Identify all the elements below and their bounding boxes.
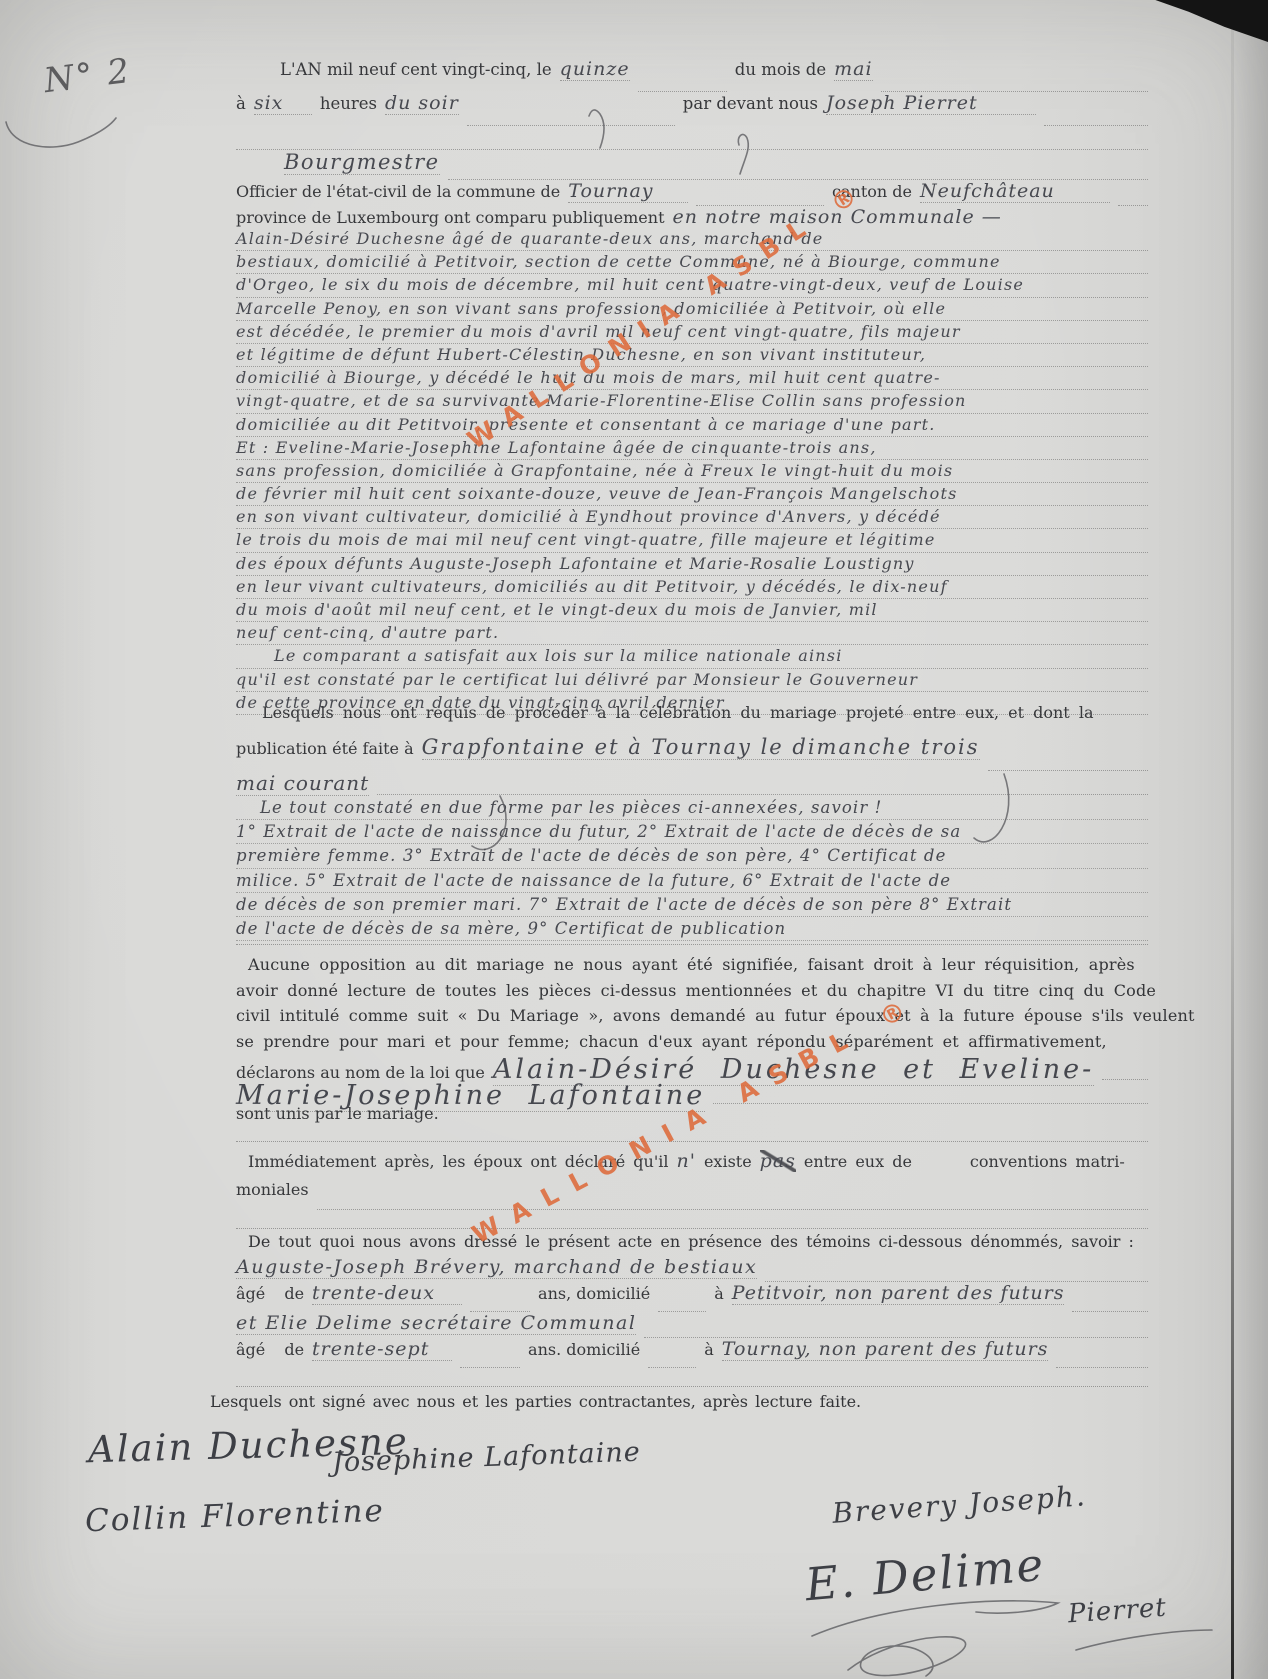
printed-text: à [704, 1340, 714, 1359]
handwritten-line: milice. 5° Extrait de l'acte de naissanc… [236, 869, 1148, 893]
printed-line: civil intitulé comme suit « Du Mariage »… [236, 1003, 1148, 1029]
printed-text: Lesquels nous ont requis de procéder à l… [262, 703, 1093, 722]
dotted-leader [1056, 1363, 1148, 1368]
dotted-rule [236, 1228, 1148, 1229]
handwritten-line: Le tout constaté en due forme par les pi… [236, 796, 1148, 820]
handwritten-domicile-2: Tournay, non parent des futurs [722, 1338, 1049, 1361]
dotted-leader [1102, 1075, 1148, 1080]
declaration-line: déclarons au nom de la loi que Alain-Dés… [236, 1054, 1148, 1080]
handwritten-insert-pas: pas [760, 1150, 796, 1172]
printed-text: du mois de [735, 60, 826, 79]
handwritten-line: est décédée, le premier du mois d'avril … [236, 321, 1148, 344]
form-line-empty [236, 126, 1148, 150]
handwritten-canton: Neufchâteau [920, 180, 1110, 203]
printed-text: publication été faite à [236, 739, 414, 758]
printed-text: âgé de [236, 1340, 304, 1359]
marriage-declaration-section: Aucune opposition au dit mariage ne nous… [236, 952, 1148, 1132]
handwritten-commune: Tournay [568, 180, 688, 203]
handwritten-age-1: trente-deux [312, 1282, 462, 1305]
handwritten-line: de l'acte de décès de sa mère, 9° Certif… [236, 917, 1148, 941]
handwritten-line: en leur vivant cultivateurs, domiciliés … [236, 576, 1148, 599]
printed-text: province de Luxembourg ont comparu publi… [236, 208, 665, 227]
handwritten-line: première femme. 3° Extrait de l'acte de … [236, 844, 1148, 868]
handwritten-age-2: trente-sept [312, 1338, 452, 1361]
handwritten-publication: Grapfontaine et à Tournay le dimanche tr… [422, 735, 980, 760]
dotted-leader [638, 87, 727, 92]
witness-2-age-line: âgé de trente-sept ans. domicilié à Tour… [236, 1338, 1148, 1368]
dotted-rule [236, 1386, 1148, 1387]
handwritten-domicile-1: Petitvoir, non parent des futurs [732, 1282, 1065, 1305]
page-edge-line [1231, 0, 1234, 1679]
handwritten-line: qu'il est constaté par le certificat lui… [236, 669, 1148, 692]
printed-text: à [236, 94, 246, 113]
conventions-line-2: moniales [236, 1180, 1148, 1210]
printed-text: Immédiatement après, les époux ont décla… [248, 1152, 668, 1171]
witness-1-age-line: âgé de trente-deux ans, domicilié à Peti… [236, 1282, 1148, 1312]
closing-line: Lesquels ont signé avec nous et les part… [210, 1392, 861, 1411]
printed-text: âgé de [236, 1284, 304, 1303]
signature-mother: Collin Florentine [84, 1493, 385, 1539]
witness-2-line: et Elie Delime secrétaire Communal [236, 1312, 1148, 1338]
annexed-documents-list: Le tout constaté en due forme par les pi… [236, 796, 1148, 941]
pierret-underline [1076, 1630, 1212, 1650]
printed-text: existe [704, 1152, 752, 1171]
handwritten-period: du soir [385, 92, 459, 115]
dotted-rule [236, 944, 1148, 945]
form-line-date: L'AN mil neuf cent vingt-cinq, le quinze… [236, 58, 1148, 92]
handwritten-line: vingt-quatre, et de sa survivante Marie-… [236, 390, 1148, 413]
act-number: N° 2 [42, 51, 133, 101]
handwritten-line: sans profession, domiciliée à Grapfontai… [236, 460, 1148, 483]
handwritten-line: Marcelle Penoy, en son vivant sans profe… [236, 298, 1148, 321]
handwritten-line: Le comparant a satisfait aux lois sur la… [236, 645, 1148, 668]
handwritten-line: de décès de son premier mari. 7° Extrait… [236, 893, 1148, 917]
header: L'AN mil neuf cent vingt-cinq, le quinze… [236, 58, 1148, 230]
handwritten-line: Et : Eveline-Marie-Josephine Lafontaine … [236, 437, 1148, 460]
page-number-flourish [6, 118, 116, 147]
handwritten-line: neuf cent-cinq, d'autre part. [236, 622, 1148, 645]
handwritten-insert-n: n' [676, 1150, 695, 1172]
witness-1-line: Auguste-Joseph Brévery, marchand de best… [236, 1256, 1148, 1282]
signature-witness-2: E. Delime [803, 1538, 1047, 1612]
printed-text: moniales [236, 1180, 309, 1199]
handwritten-line: Alain-Désiré Duchesne âgé de quarante-de… [236, 228, 1148, 251]
handwritten-month-current: mai courant [236, 771, 369, 796]
printed-line: se prendre pour mari et pour femme; chac… [236, 1029, 1148, 1055]
handwritten-line: d'Orgeo, le six du mois de décembre, mil… [236, 274, 1148, 297]
handwritten-month: mai [834, 58, 872, 81]
handwritten-line: de février mil huit cent soixante-douze,… [236, 483, 1148, 506]
printed-text: ans. domicilié [528, 1340, 640, 1359]
dotted-leader [658, 1307, 706, 1312]
printed-paragraph: Aucune opposition au dit mariage ne nous… [236, 952, 1148, 1054]
printed-text: L'AN mil neuf cent vingt-cinq, le [280, 60, 552, 79]
handwritten-title: Bourgmestre [284, 150, 440, 175]
handwritten-witness-2: et Elie Delime secrétaire Communal [236, 1312, 636, 1335]
conventions-line: Immédiatement après, les époux ont décla… [236, 1150, 1148, 1180]
printed-text: heures [320, 94, 377, 113]
dotted-leader [317, 1205, 1148, 1210]
handwritten-officer-name: Joseph Pierret [826, 92, 1036, 115]
printed-line: Aucune opposition au dit mariage ne nous… [236, 952, 1148, 978]
signature-witness-1: Brevery Joseph. [831, 1479, 1088, 1530]
dotted-leader [1072, 1307, 1148, 1312]
handwritten-line: 1° Extrait de l'acte de naissance du fut… [236, 820, 1148, 844]
handwritten-hour: six [254, 92, 312, 115]
conventions-section: Immédiatement après, les époux ont décla… [236, 1150, 1148, 1210]
witnesses-section: De tout quoi nous avons dressé le présen… [236, 1232, 1148, 1368]
page-edge-shading [1232, 0, 1268, 1679]
handwritten-line: domiciliée au dit Petitvoir, présente et… [236, 414, 1148, 437]
signature-officer: Pierret [1067, 1593, 1168, 1630]
publication-line-2: mai courant [236, 771, 1148, 795]
form-line-time: à six heures du soir par devant nous Jos… [236, 92, 1148, 126]
printed-text: par devant nous [683, 94, 818, 113]
dotted-leader [467, 121, 675, 126]
handwritten-location: en notre maison Communale — [673, 206, 1149, 228]
dotted-leader [377, 790, 1148, 795]
printed-text: sont unis par le mariage. [236, 1104, 439, 1123]
handwritten-witness-1: Auguste-Joseph Brévery, marchand de best… [236, 1256, 757, 1279]
handwritten-line: du mois d'août mil neuf cent, et le ving… [236, 599, 1148, 622]
printed-text: ans, domicilié [538, 1284, 650, 1303]
dotted-leader [988, 766, 1148, 771]
printed-text: conventions matri- [970, 1152, 1125, 1171]
act-body: Alain-Désiré Duchesne âgé de quarante-de… [236, 228, 1148, 715]
dotted-leader [1044, 121, 1148, 126]
publication-line: publication été faite à Grapfontaine et … [236, 735, 1148, 771]
handwritten-line: domicilié à Biourge, y décédé le huit du… [236, 367, 1148, 390]
form-line-commune: Officier de l'état-civil de la commune d… [236, 180, 1148, 206]
handwritten-line: et légitime de défunt Hubert-Célestin Du… [236, 344, 1148, 367]
form-line-title: Bourgmestre [236, 150, 1148, 180]
dotted-leader [460, 1363, 520, 1368]
printed-text: Officier de l'état-civil de la commune d… [236, 182, 560, 201]
witnesses-intro: De tout quoi nous avons dressé le présen… [236, 1232, 1148, 1256]
handwritten-day: quinze [560, 58, 630, 81]
document-page: N° 2 L'AN mil neuf cent vingt-cinq, le q… [0, 0, 1268, 1679]
printed-text: canton de [832, 182, 912, 201]
form-line-province: province de Luxembourg ont comparu publi… [236, 206, 1148, 230]
dotted-leader [648, 1363, 696, 1368]
delime-paraph [848, 1637, 966, 1676]
printed-text: entre eux de [804, 1152, 912, 1171]
handwritten-line: des époux défunts Auguste-Joseph Lafonta… [236, 553, 1148, 576]
dotted-rule [236, 1141, 1148, 1142]
printed-line: Lesquels nous ont requis de procéder à l… [236, 703, 1148, 735]
printed-text: à [714, 1284, 724, 1303]
requisition-section: Lesquels nous ont requis de procéder à l… [236, 703, 1148, 795]
handwritten-line: bestiaux, domicilié à Petitvoir, section… [236, 251, 1148, 274]
printed-line: avoir donné lecture de toutes les pièces… [236, 978, 1148, 1004]
handwritten-line: le trois du mois de mai mil neuf cent vi… [236, 529, 1148, 552]
handwritten-line: en son vivant cultivateur, domicilié à E… [236, 506, 1148, 529]
dotted-leader [713, 1099, 1148, 1104]
